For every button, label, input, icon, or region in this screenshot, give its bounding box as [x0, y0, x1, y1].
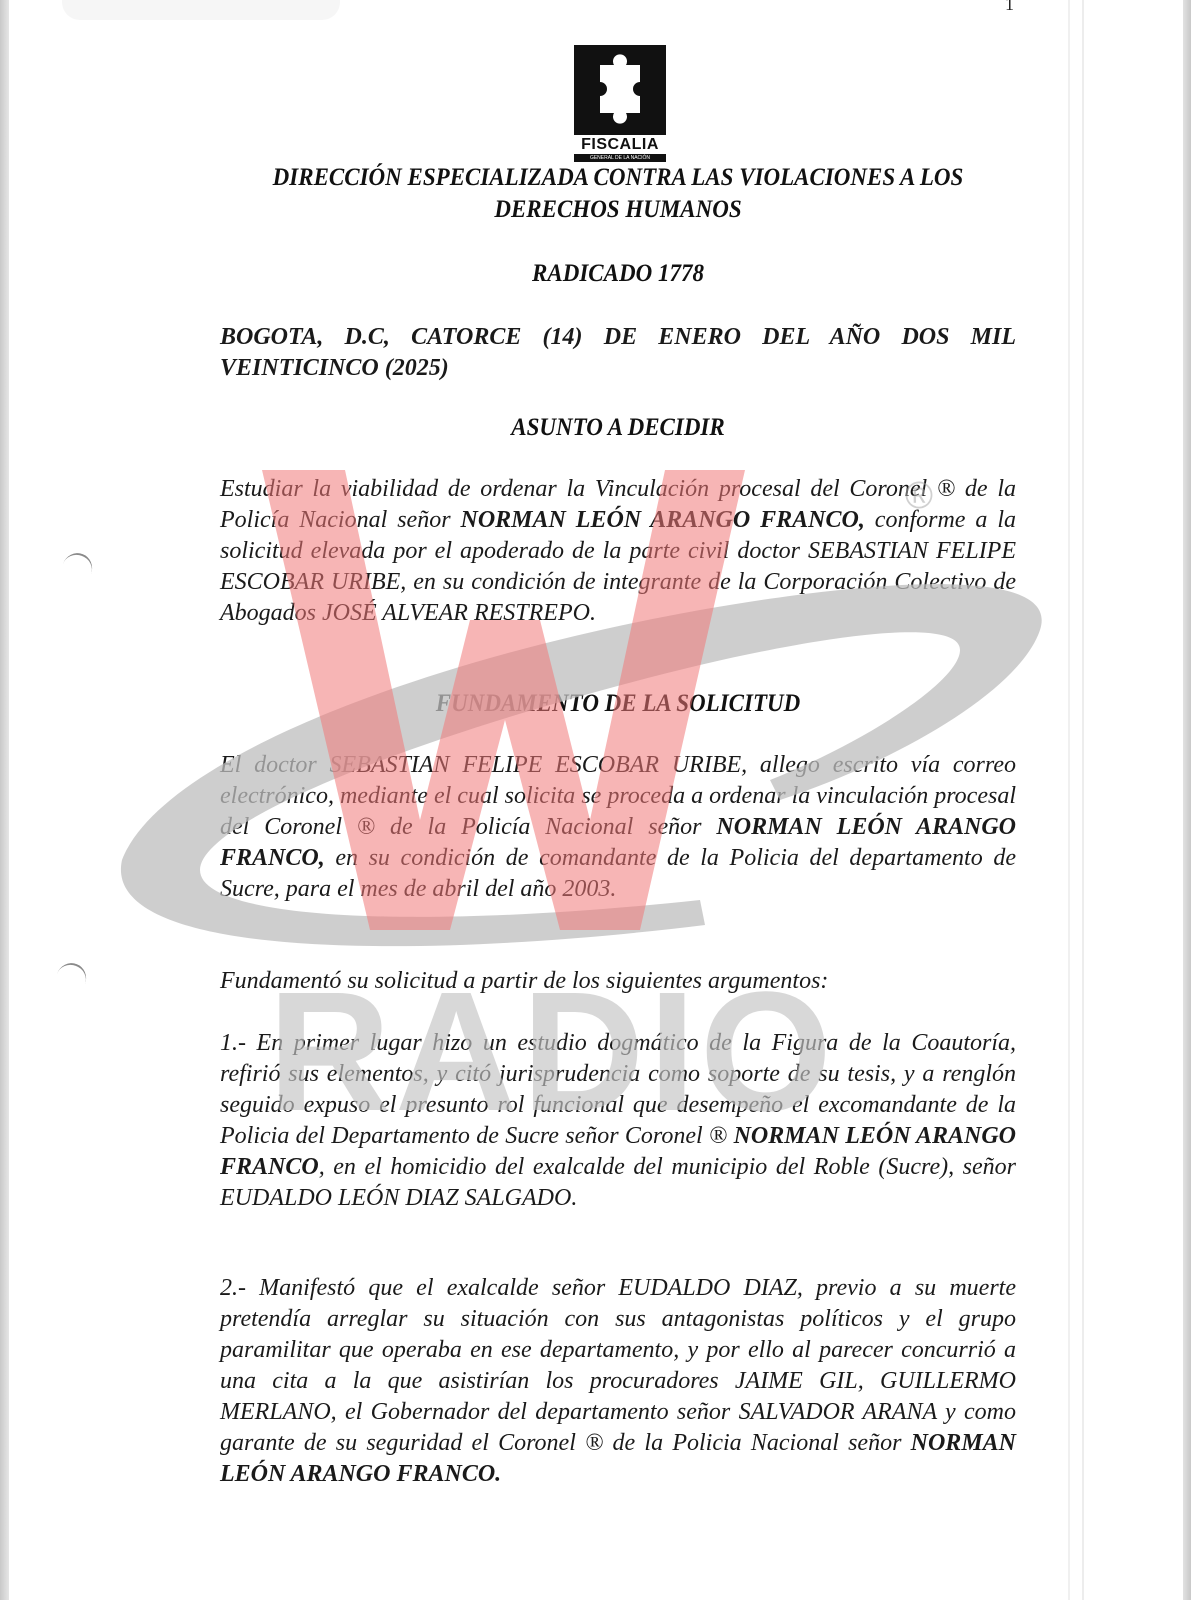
punch-hole-mark: [51, 959, 90, 999]
page-right-edge: [1183, 0, 1191, 1600]
date-line: BOGOTA, D.C, CATORCE (14) DE ENERO DEL A…: [220, 322, 1016, 384]
page-border-line: [1068, 0, 1070, 1600]
radicado-heading: RADICADO 1778: [252, 258, 984, 290]
section-title-fundamento: FUNDAMENTO DE LA SOLICITUD: [252, 688, 984, 720]
paragraph-text: en su condición de comandante de la Poli…: [220, 845, 1016, 902]
fundamento-paragraph: El doctor SEBASTIAN FELIPE ESCOBAR URIBE…: [220, 750, 1016, 905]
punch-hole-mark: [57, 549, 96, 589]
bold-name-text: NORMAN LEÓN ARANGO FRANCO,: [460, 507, 864, 533]
logo-subtitle: GENERAL DE LA NACIÓN: [574, 154, 666, 162]
org-heading-line1: DIRECCIÓN ESPECIALIZADA CONTRA LAS VIOLA…: [252, 162, 984, 194]
paragraph-text: 2.- Manifestó que el exalcalde señor EUD…: [220, 1275, 1016, 1456]
puzzle-piece-icon: [574, 45, 666, 135]
viewer-top-tab: [62, 0, 340, 20]
argument-1-paragraph: 1.- En primer lugar hizo un estudio dogm…: [220, 1028, 1016, 1214]
org-heading-line2: DERECHOS HUMANOS: [252, 194, 984, 226]
section-title-asunto: ASUNTO A DECIDIR: [252, 412, 984, 444]
page-border-line: [1082, 0, 1084, 1600]
paragraph-text: , en el homicidio del exalcalde del muni…: [220, 1154, 1016, 1211]
logo-name: FISCALIA: [574, 136, 666, 154]
intro-line: Fundamentó su solicitud a partir de los …: [220, 966, 1016, 997]
asunto-paragraph: Estudiar la viabilidad de ordenar la Vin…: [220, 474, 1016, 629]
fiscalia-logo: FISCALIA GENERAL DE LA NACIÓN: [574, 45, 666, 162]
page-number: 1: [1005, 0, 1014, 15]
page-left-edge: [0, 0, 9, 1600]
argument-2-paragraph: 2.- Manifestó que el exalcalde señor EUD…: [220, 1273, 1016, 1490]
